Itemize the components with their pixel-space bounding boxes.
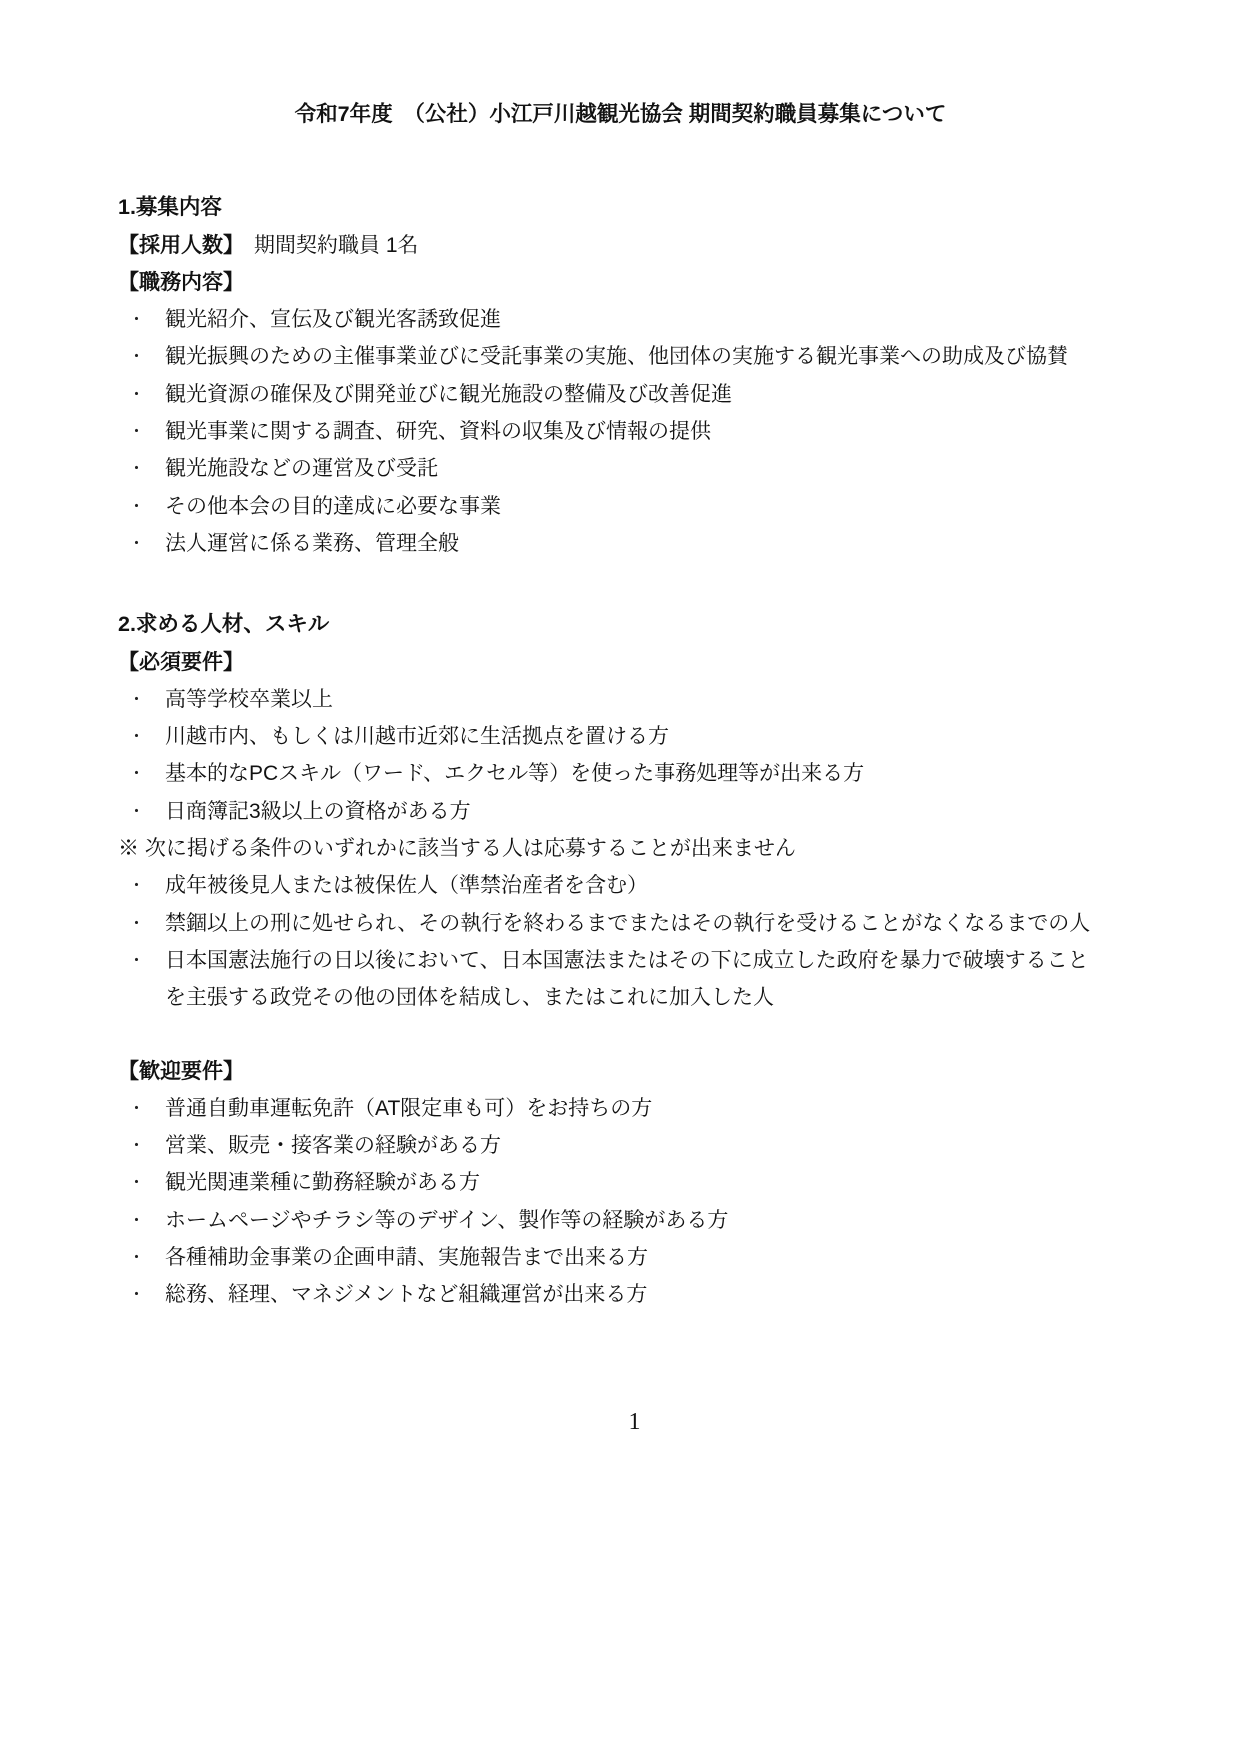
bullet-icon: ・ — [128, 1127, 165, 1164]
bullet-icon: ・ — [128, 301, 165, 338]
list-item-text: 法人運営に係る業務、管理全般 — [165, 525, 459, 562]
bullet-icon: ・ — [128, 1202, 165, 1239]
bullet-icon: ・ — [128, 525, 165, 562]
list-item-text: 普通自動車運転免許（AT限定車も可）をお持ちの方 — [165, 1090, 652, 1127]
bullet-icon: ・ — [128, 718, 165, 755]
document-title: 令和7年度 （公社）小江戸川越観光協会 期間契約職員募集について — [118, 96, 1123, 133]
list-item-text: 高等学校卒業以上 — [165, 681, 333, 718]
welcome-list-item: ・観光関連業種に勤務経験がある方 — [118, 1164, 1141, 1201]
list-item-text: 観光施設などの運営及び受託 — [165, 450, 438, 487]
bullet-icon: ・ — [128, 1239, 165, 1276]
section-1-heading: 1.募集内容 — [118, 189, 1141, 226]
list-item-text: 日商簿記3級以上の資格がある方 — [165, 793, 471, 830]
bullet-icon: ・ — [128, 450, 165, 487]
bullet-icon: ・ — [128, 338, 165, 375]
required-list: ・高等学校卒業以上 ・川越市内、もしくは川越市近郊に生活拠点を置ける方 ・基本的… — [118, 681, 1141, 830]
hire-count-value: 期間契約職員 1名 — [254, 234, 419, 257]
welcome-list-item: ・各種補助金事業の企画申請、実施報告まで出来る方 — [118, 1239, 1141, 1276]
bullet-icon: ・ — [128, 867, 165, 904]
list-item-text: ホームページやチラシ等のデザイン、製作等の経験がある方 — [165, 1202, 728, 1239]
document-page: 令和7年度 （公社）小江戸川越観光協会 期間契約職員募集について 1.募集内容 … — [0, 0, 1241, 1755]
bullet-icon: ・ — [128, 681, 165, 718]
welcome-list-item: ・普通自動車運転免許（AT限定車も可）をお持ちの方 — [118, 1090, 1141, 1127]
disqualification-list: ・成年被後見人または被保佐人（準禁治産者を含む） ・禁錮以上の刑に処せられ、その… — [118, 867, 1141, 1016]
disqualification-list-item: ・成年被後見人または被保佐人（準禁治産者を含む） — [118, 867, 1141, 904]
list-item-text: 観光資源の確保及び開発並びに観光施設の整備及び改善促進 — [165, 376, 732, 413]
duties-list-item: ・観光資源の確保及び開発並びに観光施設の整備及び改善促進 — [118, 376, 1141, 413]
list-item-text: 川越市内、もしくは川越市近郊に生活拠点を置ける方 — [165, 718, 669, 755]
bullet-icon: ・ — [128, 1164, 165, 1201]
duties-list: ・観光紹介、宣伝及び観光客誘致促進 ・観光振興のための主催事業並びに受託事業の実… — [118, 301, 1141, 562]
required-label: 【必須要件】 — [118, 644, 1141, 681]
list-item-text: 基本的なPCスキル（ワード、エクセル等）を使った事務処理等が出来る方 — [165, 755, 864, 792]
list-item-text: 観光事業に関する調査、研究、資料の収集及び情報の提供 — [165, 413, 711, 450]
welcome-list: ・普通自動車運転免許（AT限定車も可）をお持ちの方 ・営業、販売・接客業の経験が… — [118, 1090, 1141, 1314]
duties-list-item: ・観光事業に関する調査、研究、資料の収集及び情報の提供 — [118, 413, 1141, 450]
bullet-icon: ・ — [128, 905, 165, 942]
hire-count-line: 【採用人数】期間契約職員 1名 — [118, 227, 1141, 264]
required-list-item: ・高等学校卒業以上 — [118, 681, 1141, 718]
duties-list-item: ・観光振興のための主催事業並びに受託事業の実施、他団体の実施する観光事業への助成… — [118, 338, 1141, 375]
required-list-item: ・川越市内、もしくは川越市近郊に生活拠点を置ける方 — [118, 718, 1141, 755]
bullet-icon: ・ — [128, 755, 165, 792]
duties-list-item: ・観光施設などの運営及び受託 — [118, 450, 1141, 487]
duties-list-item: ・観光紹介、宣伝及び観光客誘致促進 — [118, 301, 1141, 338]
bullet-icon: ・ — [128, 376, 165, 413]
welcome-list-item: ・ホームページやチラシ等のデザイン、製作等の経験がある方 — [118, 1202, 1141, 1239]
bullet-icon: ・ — [128, 1090, 165, 1127]
list-item-text: 禁錮以上の刑に処せられ、その執行を終わるまでまたはその執行を受けることがなくなる… — [165, 905, 1090, 942]
welcome-label: 【歓迎要件】 — [118, 1053, 1141, 1090]
duties-list-item: ・法人運営に係る業務、管理全般 — [118, 525, 1141, 562]
disqualification-note: ※ 次に掲げる条件のいずれかに該当する人は応募することが出来ません — [118, 830, 1141, 867]
section-2-heading: 2.求める人材、スキル — [118, 606, 1141, 643]
page-number: 1 — [118, 1404, 1141, 1441]
disqualification-list-item: ・日本国憲法施行の日以後において、日本国憲法またはその下に成立した政府を暴力で破… — [118, 942, 1141, 1017]
required-list-item: ・基本的なPCスキル（ワード、エクセル等）を使った事務処理等が出来る方 — [118, 755, 1141, 792]
bullet-icon: ・ — [128, 413, 165, 450]
bullet-icon: ・ — [128, 793, 165, 830]
hire-count-label: 【採用人数】 — [118, 234, 244, 257]
welcome-list-item: ・営業、販売・接客業の経験がある方 — [118, 1127, 1141, 1164]
list-item-text: その他本会の目的達成に必要な事業 — [165, 488, 501, 525]
list-item-text: 営業、販売・接客業の経験がある方 — [165, 1127, 501, 1164]
duties-label: 【職務内容】 — [118, 264, 1141, 301]
list-item-text: 観光振興のための主催事業並びに受託事業の実施、他団体の実施する観光事業への助成及… — [165, 338, 1068, 375]
list-item-text: 観光関連業種に勤務経験がある方 — [165, 1164, 480, 1201]
list-item-text: 成年被後見人または被保佐人（準禁治産者を含む） — [165, 867, 648, 904]
required-list-item: ・日商簿記3級以上の資格がある方 — [118, 793, 1141, 830]
list-item-text: 総務、経理、マネジメントなど組織運営が出来る方 — [165, 1276, 647, 1313]
bullet-icon: ・ — [128, 942, 165, 979]
bullet-icon: ・ — [128, 1276, 165, 1313]
bullet-icon: ・ — [128, 488, 165, 525]
list-item-text: 日本国憲法施行の日以後において、日本国憲法またはその下に成立した政府を暴力で破壊… — [165, 942, 1089, 1017]
list-item-text: 観光紹介、宣伝及び観光客誘致促進 — [165, 301, 501, 338]
duties-list-item: ・その他本会の目的達成に必要な事業 — [118, 488, 1141, 525]
list-item-text: 各種補助金事業の企画申請、実施報告まで出来る方 — [165, 1239, 648, 1276]
welcome-list-item: ・総務、経理、マネジメントなど組織運営が出来る方 — [118, 1276, 1141, 1313]
disqualification-list-item: ・禁錮以上の刑に処せられ、その執行を終わるまでまたはその執行を受けることがなくな… — [118, 905, 1141, 942]
